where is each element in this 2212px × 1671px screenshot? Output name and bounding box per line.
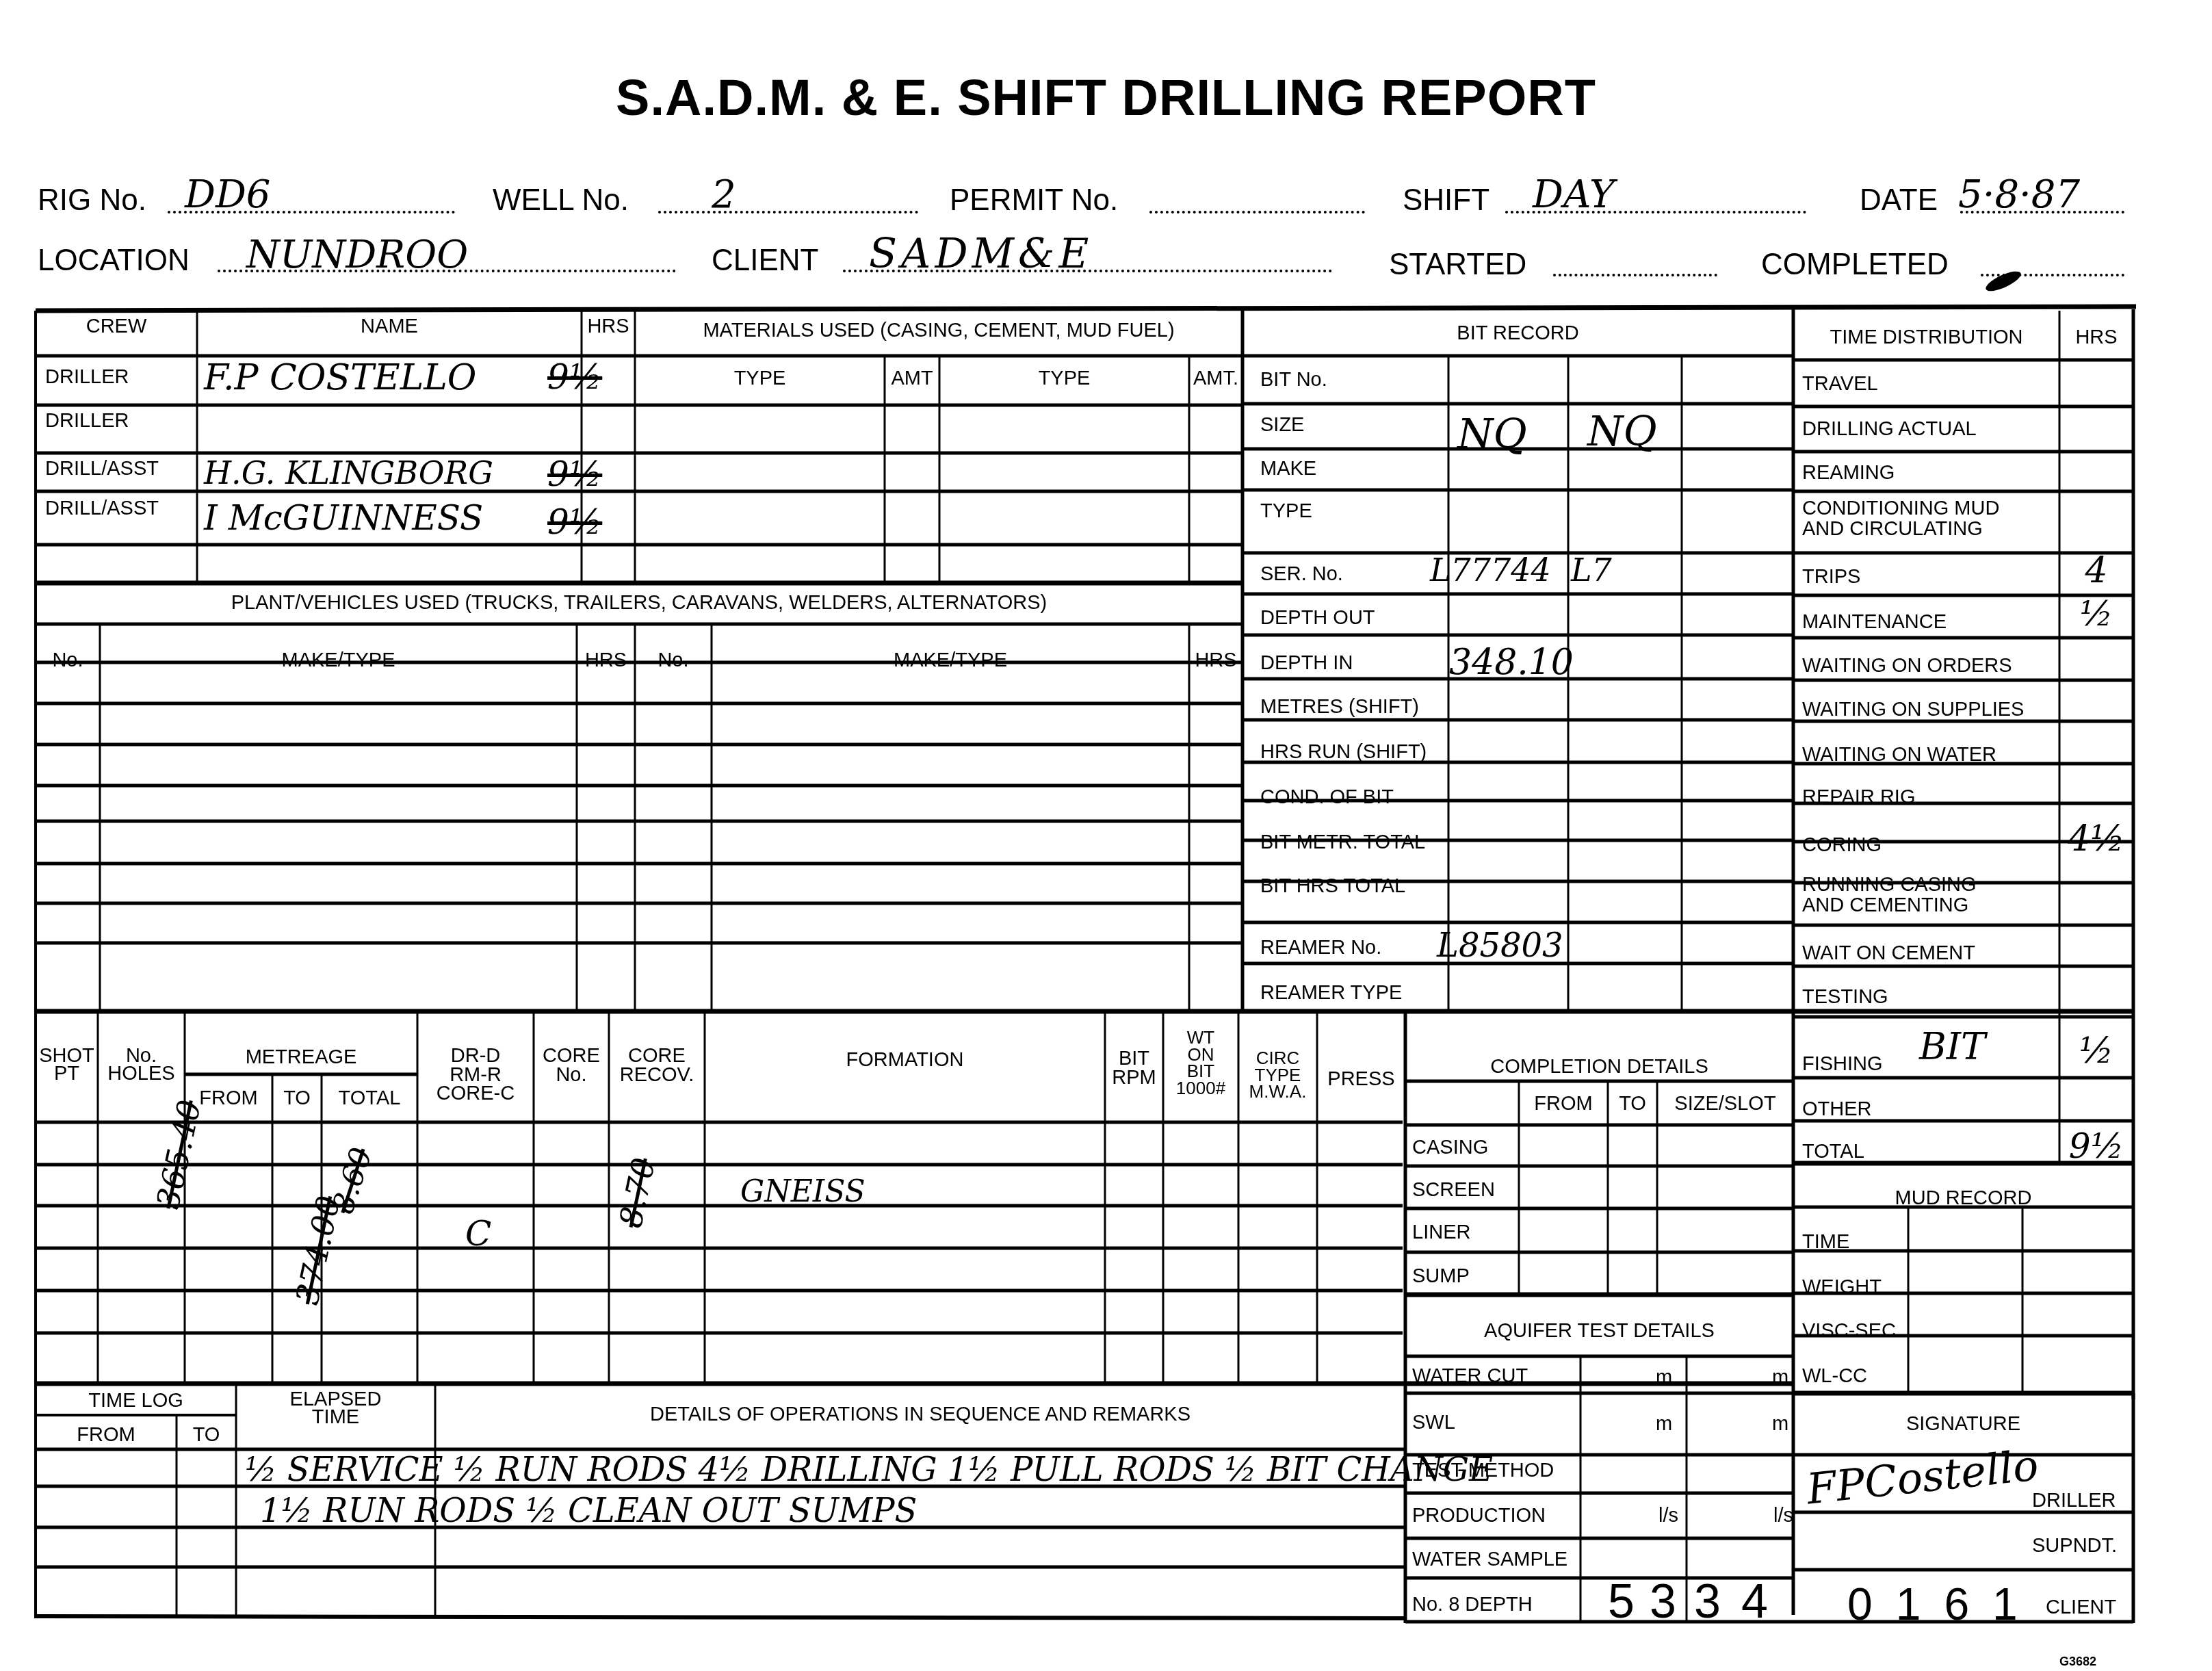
formation-value[interactable]: GNEISS bbox=[740, 1174, 866, 1209]
bit-label-bit-no: BIT No. bbox=[1260, 370, 1327, 390]
crew-role-4: DRILL/ASST bbox=[45, 498, 159, 519]
td-label-reaming: REAMING bbox=[1802, 463, 1895, 483]
no8-depth-value-1: 53 bbox=[1608, 1574, 1691, 1629]
completion-to-header: TO bbox=[1608, 1093, 1657, 1114]
driller-sig-label: DRILLER bbox=[2032, 1490, 2116, 1511]
completion-label-screen: SCREEN bbox=[1412, 1180, 1495, 1200]
aquifer-unit: m bbox=[1656, 1367, 1672, 1388]
press-header: PRESS bbox=[1317, 1069, 1405, 1089]
crew-header: CREW bbox=[36, 316, 197, 337]
aquifer-label-water-cut: WATER CUT bbox=[1412, 1366, 1528, 1386]
crew-role-3: DRILL/ASST bbox=[45, 458, 159, 479]
bit-rpm-header: BIT RPM bbox=[1105, 1050, 1163, 1087]
plant-no-header-2: No. bbox=[635, 650, 712, 671]
bit-label-make: MAKE bbox=[1260, 458, 1316, 479]
elapsed-time-header: ELAPSED TIME bbox=[236, 1390, 435, 1426]
td-label-travel: TRAVEL bbox=[1802, 374, 1878, 394]
core-recov-header: CORE RECOV. bbox=[609, 1047, 705, 1085]
shot-pt-header: SHOT PT bbox=[36, 1047, 98, 1083]
drd-value[interactable]: C bbox=[465, 1214, 491, 1254]
mud-record-title: MUD RECORD bbox=[1793, 1188, 2133, 1208]
td-label-drilling-actual: DRILLING ACTUAL bbox=[1802, 419, 1977, 439]
aquifer-unit: l/s bbox=[1658, 1505, 1678, 1526]
td-label-maintenance: MAINTENANCE bbox=[1802, 612, 1947, 632]
bit-size-2[interactable]: NQ bbox=[1587, 408, 1657, 456]
bit-label-ser-no: SER. No. bbox=[1260, 564, 1343, 584]
td-label-coring: CORING bbox=[1802, 835, 1882, 855]
no8-depth-value-2: 34 bbox=[1694, 1574, 1788, 1629]
crew-name-1[interactable]: F.P COSTELLO bbox=[204, 357, 476, 398]
supndt-sig-label: SUPNDT. bbox=[2032, 1536, 2117, 1556]
bit-label-metr-total: BIT METR. TOTAL bbox=[1260, 832, 1425, 853]
circ-type-header: CIRC TYPE M.W.A. bbox=[1238, 1050, 1317, 1100]
td-label-fishing: FISHING bbox=[1802, 1054, 1883, 1074]
remarks-line-2[interactable]: 1½ RUN RODS ½ CLEAN OUT SUMPS bbox=[260, 1492, 917, 1530]
remarks-line-1[interactable]: ½ SERVICE ½ RUN RODS 4½ DRILLING 1½ PULL… bbox=[245, 1451, 1493, 1489]
form-code: G3682 bbox=[2059, 1655, 2096, 1669]
completion-title: COMPLETION DETAILS bbox=[1405, 1057, 1793, 1077]
bit-ser-no-1[interactable]: L77744 bbox=[1430, 552, 1551, 588]
remarks-header: DETAILS OF OPERATIONS IN SEQUENCE AND RE… bbox=[435, 1404, 1405, 1425]
td-hrs-total[interactable]: 9½ bbox=[2059, 1126, 2133, 1166]
no-holes-header: No. HOLES bbox=[98, 1047, 185, 1083]
aquifer-unit: m bbox=[1656, 1414, 1672, 1434]
crew-name-4[interactable]: I McGUINNESS bbox=[204, 498, 483, 538]
plant-no-header-1: No. bbox=[36, 650, 100, 671]
completion-label-sump: SUMP bbox=[1412, 1266, 1470, 1286]
crew-hrs-1[interactable]: 9½ bbox=[547, 357, 602, 397]
aquifer-unit: l/s bbox=[1773, 1505, 1793, 1526]
mud-label-weight: WEIGHT bbox=[1802, 1277, 1882, 1297]
client-number: 0161 bbox=[1847, 1578, 2041, 1630]
td-label-running-casing: RUNNING CASING AND CEMENTING bbox=[1802, 875, 1977, 916]
plant-make-header-1: MAKE/TYPE bbox=[100, 650, 577, 671]
crew-name-3[interactable]: H.G. KLINGBORG bbox=[204, 454, 493, 491]
client-sig-label: CLIENT bbox=[2046, 1597, 2116, 1618]
bit-size-1[interactable]: NQ bbox=[1457, 411, 1527, 458]
completion-size-header: SIZE/SLOT bbox=[1657, 1093, 1793, 1114]
plant-hrs-header-2: HRS bbox=[1189, 650, 1242, 671]
aquifer-unit: m bbox=[1772, 1367, 1788, 1388]
aquifer-unit: m bbox=[1772, 1414, 1788, 1434]
aquifer-label-swl: SWL bbox=[1412, 1412, 1455, 1433]
wt-on-bit-header: WT ON BIT 1000# bbox=[1163, 1029, 1238, 1097]
td-fishing-note[interactable]: BIT bbox=[1919, 1025, 1986, 1068]
td-label-waiting-water: WAITING ON WATER bbox=[1802, 744, 1996, 765]
plant-make-header-2: MAKE/TYPE bbox=[712, 650, 1189, 671]
td-hrs-coring[interactable]: 4½ bbox=[2059, 818, 2133, 859]
metreage-total-header: TOTAL bbox=[322, 1088, 417, 1109]
aquifer-title: AQUIFER TEST DETAILS bbox=[1405, 1321, 1793, 1341]
td-hrs-maintenance[interactable]: ½ bbox=[2059, 594, 2133, 634]
bit-label-hrs-run: HRS RUN (SHIFT) bbox=[1260, 742, 1427, 762]
time-log-from-header: FROM bbox=[36, 1425, 177, 1445]
materials-title: MATERIALS USED (CASING, CEMENT, MUD FUEL… bbox=[635, 320, 1242, 341]
time-log-title: TIME LOG bbox=[36, 1390, 236, 1411]
bit-label-type: TYPE bbox=[1260, 501, 1312, 521]
completion-label-liner: LINER bbox=[1412, 1222, 1470, 1243]
materials-amt-header-2: AMT. bbox=[1189, 368, 1242, 389]
plant-hrs-header-1: HRS bbox=[577, 650, 635, 671]
crew-hrs-4[interactable]: 9½ bbox=[547, 502, 602, 542]
materials-type-header-2: TYPE bbox=[939, 368, 1189, 389]
bit-label-cond: COND. OF BIT bbox=[1260, 787, 1394, 807]
completion-label-casing: CASING bbox=[1412, 1137, 1488, 1158]
td-hrs-trips[interactable]: 4 bbox=[2059, 550, 2133, 591]
mud-label-wlcc: WL-CC bbox=[1802, 1366, 1867, 1386]
bit-label-metres-shift: METRES (SHIFT) bbox=[1260, 697, 1419, 717]
td-label-repair-rig: REPAIR RIG bbox=[1802, 787, 1915, 807]
aquifer-label-production: PRODUCTION bbox=[1412, 1505, 1546, 1526]
mud-label-visc: VISC-SEC bbox=[1802, 1321, 1896, 1341]
td-label-wait-cement: WAIT ON CEMENT bbox=[1802, 943, 1975, 963]
aquifer-label-water-sample: WATER SAMPLE bbox=[1412, 1549, 1567, 1570]
bit-ser-no-2[interactable]: L7 bbox=[1571, 552, 1612, 588]
name-header: NAME bbox=[197, 316, 582, 337]
time-distribution-hrs-header: HRS bbox=[2059, 327, 2133, 348]
time-distribution-title: TIME DISTRIBUTION bbox=[1793, 327, 2059, 348]
td-hrs-fishing[interactable]: ½ bbox=[2059, 1031, 2133, 1072]
bit-label-depth-out: DEPTH OUT bbox=[1260, 608, 1375, 628]
formation-header: FORMATION bbox=[705, 1050, 1105, 1070]
metreage-to-header: TO bbox=[272, 1088, 322, 1109]
bit-label-hrs-total: BIT HRS TOTAL bbox=[1260, 876, 1405, 896]
bit-label-size: SIZE bbox=[1260, 415, 1304, 435]
bit-label-reamer-no: REAMER No. bbox=[1260, 937, 1381, 958]
completion-from-header: FROM bbox=[1519, 1093, 1608, 1114]
crew-role-2: DRILLER bbox=[45, 411, 129, 431]
plant-title: PLANT/VEHICLES USED (TRUCKS, TRAILERS, C… bbox=[36, 593, 1242, 613]
td-label-waiting-supplies: WAITING ON SUPPLIES bbox=[1802, 699, 2024, 720]
materials-type-header-1: TYPE bbox=[635, 368, 885, 389]
crew-hrs-3[interactable]: 9½ bbox=[547, 454, 602, 494]
reamer-no-1[interactable]: L85803 bbox=[1437, 927, 1563, 965]
bit-record-title: BIT RECORD bbox=[1242, 323, 1793, 344]
materials-amt-header-1: AMT bbox=[885, 368, 939, 389]
bit-depth-in-1[interactable]: 348.10 bbox=[1449, 642, 1574, 683]
td-label-testing: TESTING bbox=[1802, 987, 1888, 1007]
aquifer-label-no8-depth: No. 8 DEPTH bbox=[1412, 1594, 1533, 1615]
signature-title: SIGNATURE bbox=[1793, 1414, 2133, 1434]
td-label-conditioning: CONDITIONING MUD AND CIRCULATING bbox=[1802, 498, 1999, 540]
td-label-waiting-orders: WAITING ON ORDERS bbox=[1802, 656, 2012, 676]
time-log-to-header: TO bbox=[177, 1425, 236, 1445]
core-no-header: CORE No. bbox=[534, 1047, 609, 1085]
bit-label-depth-in: DEPTH IN bbox=[1260, 653, 1353, 673]
crew-role-1: DRILLER bbox=[45, 367, 129, 387]
mud-label-time: TIME bbox=[1802, 1232, 1849, 1252]
bit-label-reamer-type: REAMER TYPE bbox=[1260, 983, 1402, 1003]
td-label-trips: TRIPS bbox=[1802, 567, 1860, 587]
drd-header: DR-D RM-R CORE-C bbox=[417, 1047, 534, 1104]
metreage-header: METREAGE bbox=[185, 1047, 417, 1067]
td-label-total: TOTAL bbox=[1802, 1141, 1864, 1162]
td-label-other: OTHER bbox=[1802, 1099, 1872, 1119]
crew-hrs-header: HRS bbox=[582, 316, 635, 337]
